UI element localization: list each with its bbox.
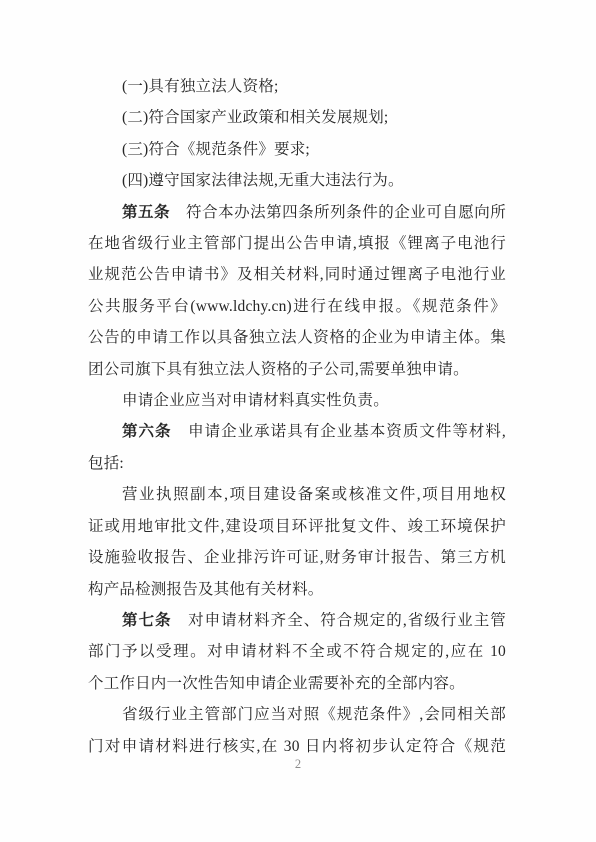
- doc-line: 省级行业主管部门应当对照《规范条件》,会同相关部: [88, 699, 506, 730]
- doc-line: 第五条 符合本办法第四条所列条件的企业可自愿向所: [88, 197, 506, 228]
- doc-line: (三)符合《规范条件》要求;: [88, 134, 506, 165]
- doc-line: 申请企业应当对申请材料真实性负责。: [88, 385, 506, 416]
- doc-line: 第六条 申请企业承诺具有企业基本资质文件等材料,: [88, 416, 506, 447]
- doc-line: 证或用地审批文件,建设项目环评批复文件、竣工环境保护: [88, 511, 506, 542]
- doc-line: 营业执照副本,项目建设备案或核准文件,项目用地权: [88, 479, 506, 510]
- doc-line: 设施验收报告、企业排污许可证,财务审计报告、第三方机: [88, 542, 506, 573]
- doc-line: 包括:: [88, 448, 506, 479]
- doc-line: 公告的申请工作以具备独立法人资格的企业为申请主体。集: [88, 322, 506, 353]
- document-body-text: (一)具有独立法人资格;(二)符合国家产业政策和相关发展规划;(三)符合《规范条…: [88, 71, 506, 762]
- doc-line: (一)具有独立法人资格;: [88, 71, 506, 102]
- doc-line: 团公司旗下具有独立法人资格的子公司,需要单独申请。: [88, 354, 506, 385]
- document-page: (一)具有独立法人资格;(二)符合国家产业政策和相关发展规划;(三)符合《规范条…: [0, 0, 596, 842]
- page-number: 2: [0, 757, 596, 772]
- doc-line: 第七条 对申请材料齐全、符合规定的,省级行业主管: [88, 605, 506, 636]
- doc-line: 公共服务平台(www.ldchy.cn)进行在线申报。《规范条件》: [88, 291, 506, 322]
- doc-line: 在地省级行业主管部门提出公告申请,填报《锂离子电池行: [88, 228, 506, 259]
- doc-line: (四)遵守国家法律法规,无重大违法行为。: [88, 165, 506, 196]
- article-number: 第六条: [122, 423, 172, 440]
- article-number: 第七条: [122, 612, 172, 629]
- doc-line: 个工作日内一次性告知申请企业需要补充的全部内容。: [88, 668, 506, 699]
- doc-line: 构产品检测报告及其他有关材料。: [88, 574, 506, 605]
- doc-line: (二)符合国家产业政策和相关发展规划;: [88, 102, 506, 133]
- article-number: 第五条: [122, 204, 170, 221]
- doc-line: 部门予以受理。对申请材料不全或不符合规定的,应在 10: [88, 636, 506, 667]
- doc-line: 业规范公告申请书》及相关材料,同时通过锂离子电池行业: [88, 259, 506, 290]
